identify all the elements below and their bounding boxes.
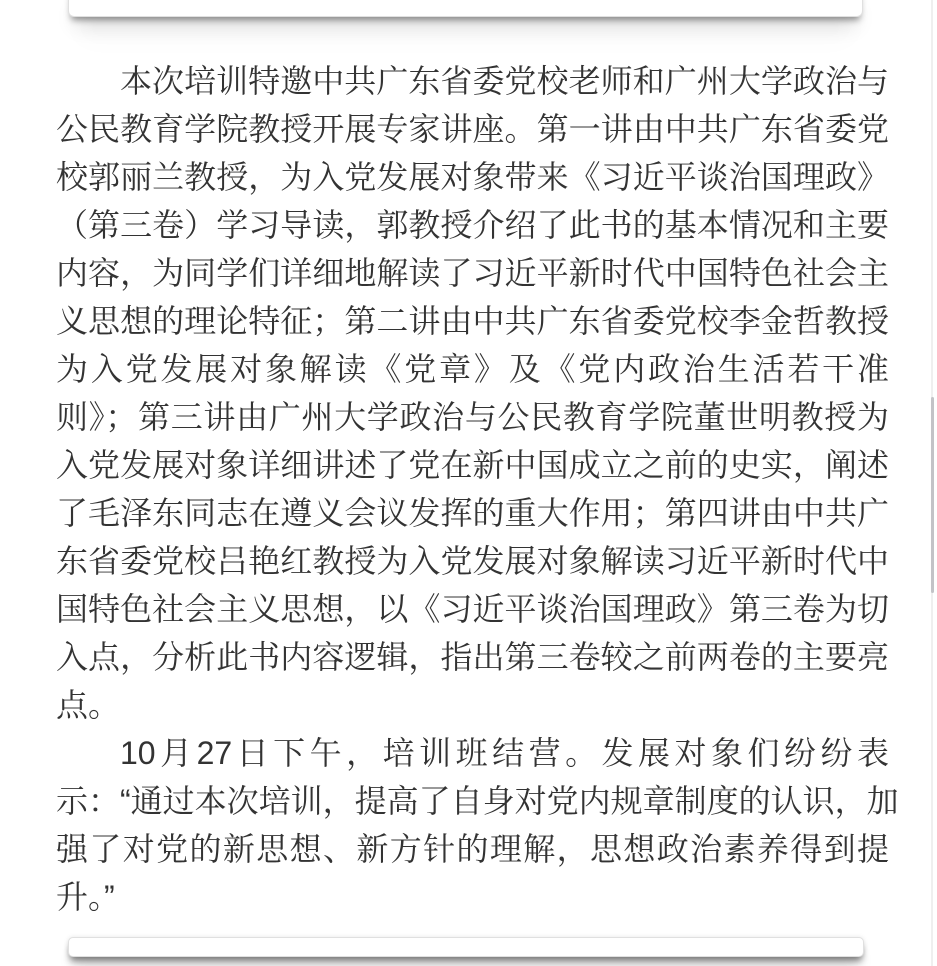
article-page: { "colors": { "background": "#ffffff", "…	[0, 0, 937, 966]
paragraph-line: 升。”	[56, 873, 889, 921]
scrollbar-thumb[interactable]	[931, 397, 934, 593]
article-image-top[interactable]	[68, 0, 863, 17]
article-body: 本次培训特邀中共广东省委党校老师和广州大学政治与公民教育学院教授开展专家讲座。第…	[56, 57, 889, 921]
paragraph-line: 内容，为同学们详细地解读了习近平新时代中国特色社会主	[56, 249, 889, 297]
paragraph-2: 10月27日下午，培训班结营。发展对象们纷纷表示：“通过本次培训，提高了自身对党…	[56, 729, 889, 921]
paragraph-line: 则》；第三讲由广州大学政治与公民教育学院董世明教授为	[56, 393, 889, 441]
paragraph-line: 点。	[56, 681, 889, 729]
paragraph-line: 示：“通过本次培训，提高了自身对党内规章制度的认识，加	[56, 777, 889, 825]
paragraph-line: 本次培训特邀中共广东省委党校老师和广州大学政治与	[56, 57, 889, 105]
paragraph-line: 了毛泽东同志在遵义会议发挥的重大作用；第四讲由中共广	[56, 489, 889, 537]
paragraph-line: 东省委党校吕艳红教授为入党发展对象解读习近平新时代中	[56, 537, 889, 585]
paragraph-line: 入点，分析此书内容逻辑，指出第三卷较之前两卷的主要亮	[56, 633, 889, 681]
paragraph-line: 校郭丽兰教授，为入党发展对象带来《习近平谈治国理政》	[56, 153, 889, 201]
paragraph-1: 本次培训特邀中共广东省委党校老师和广州大学政治与公民教育学院教授开展专家讲座。第…	[56, 57, 889, 729]
article-image-bottom[interactable]	[68, 937, 864, 957]
paragraph-line: （第三卷）学习导读，郭教授介绍了此书的基本情况和主要	[56, 201, 889, 249]
paragraph-line: 强了对党的新思想、新方针的理解，思想政治素养得到提	[56, 825, 889, 873]
paragraph-line: 公民教育学院教授开展专家讲座。第一讲由中共广东省委党	[56, 105, 889, 153]
paragraph-line: 10月27日下午，培训班结营。发展对象们纷纷表	[56, 729, 889, 777]
paragraph-line: 入党发展对象详细讲述了党在新中国成立之前的史实，阐述	[56, 441, 889, 489]
paragraph-line: 义思想的理论特征；第二讲由中共广东省委党校李金哲教授	[56, 297, 889, 345]
paragraph-line: 国特色社会主义思想，以《习近平谈治国理政》第三卷为切	[56, 585, 889, 633]
paragraph-line: 为入党发展对象解读《党章》及《党内政治生活若干准	[56, 345, 889, 393]
